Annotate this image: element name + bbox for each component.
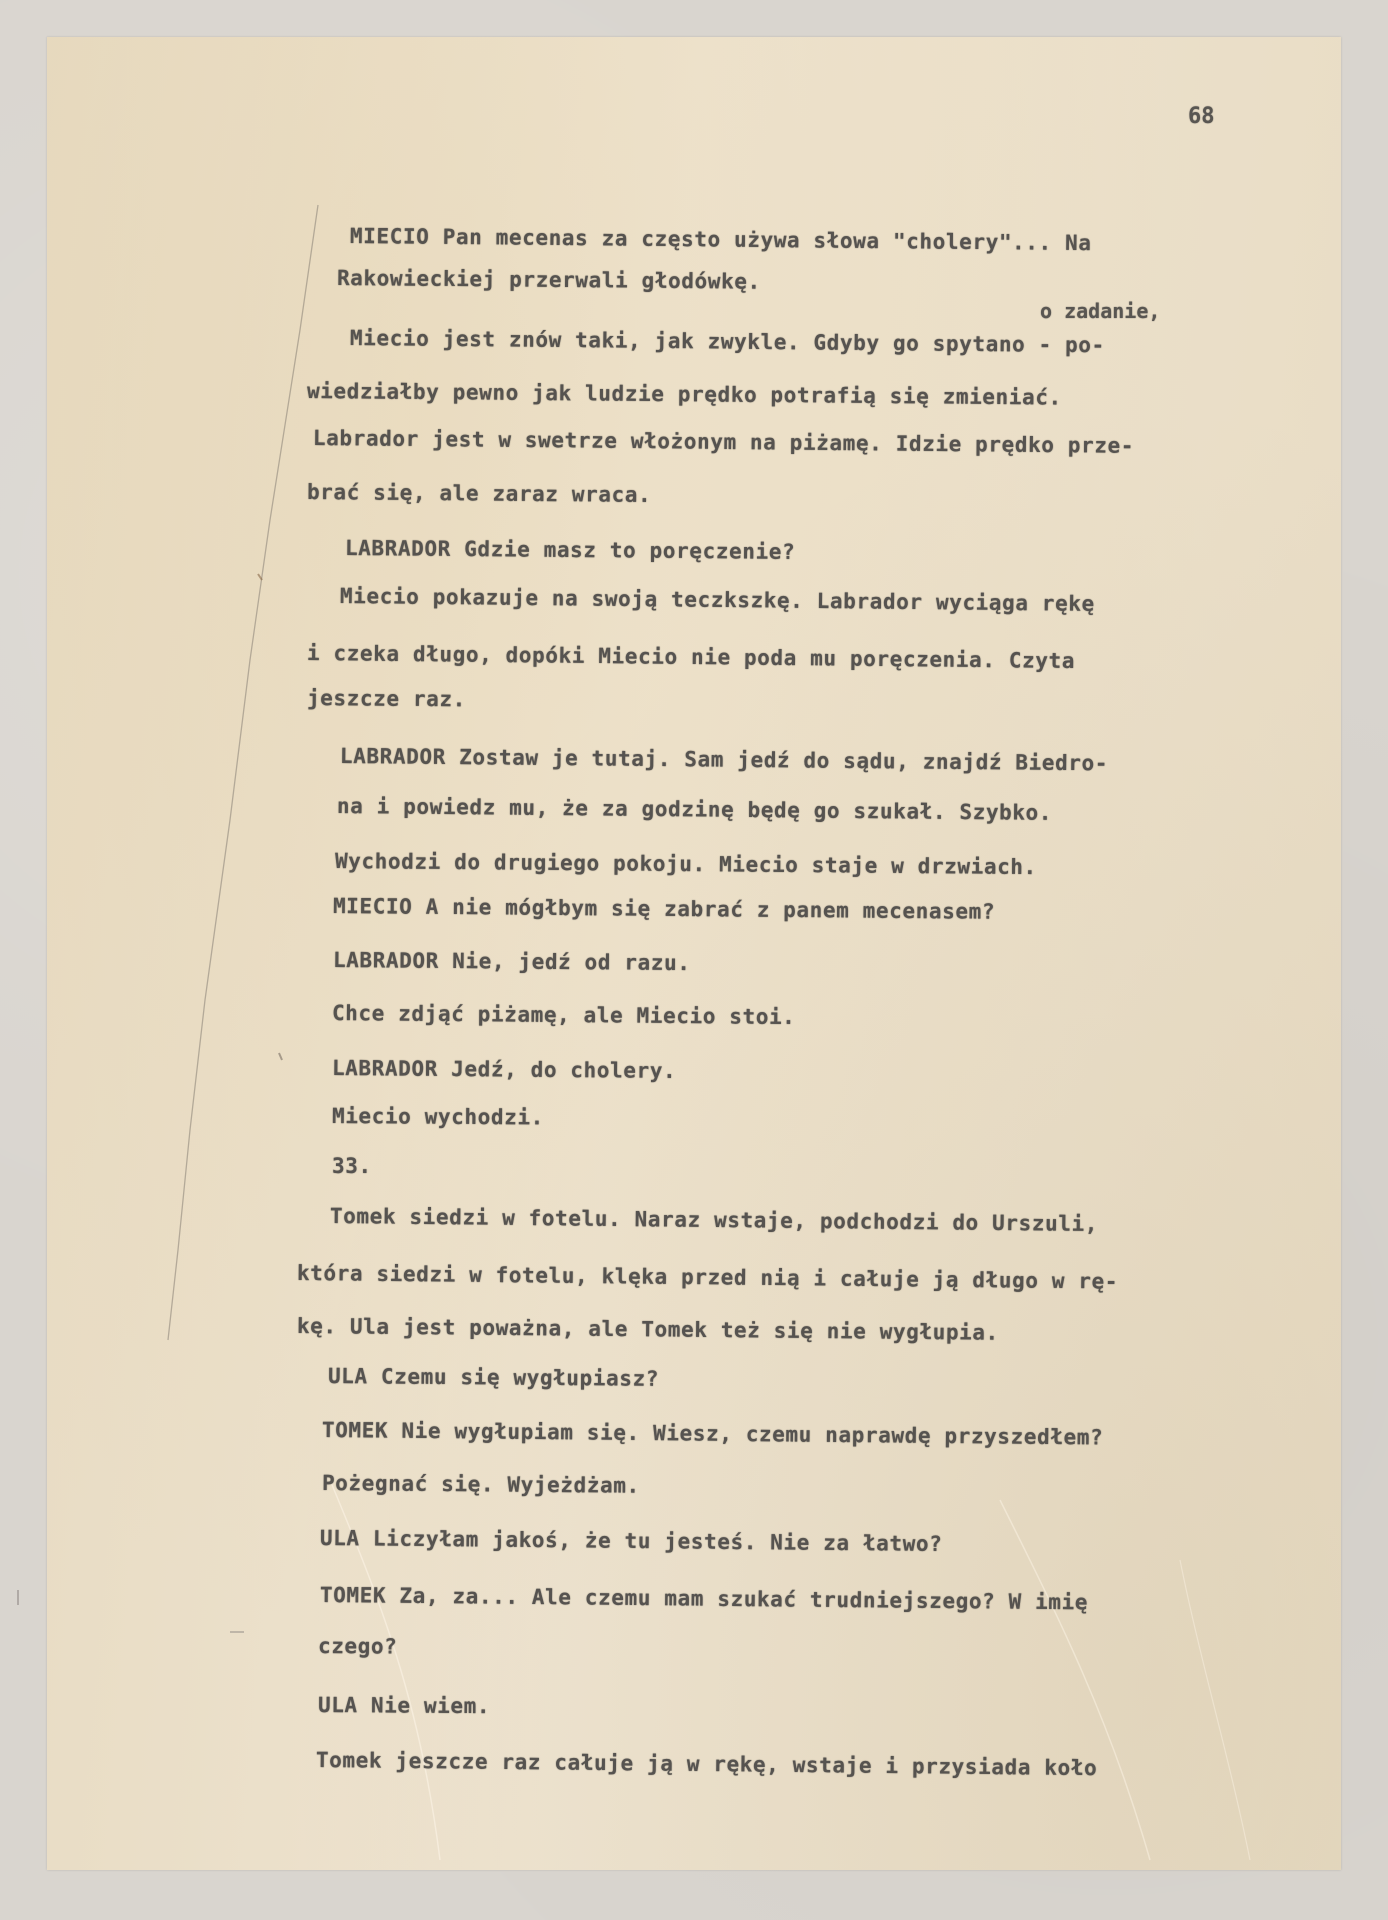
text-line: ULA Czemu się wygłupiasz? — [328, 1364, 659, 1391]
text-line: Pożegnać się. Wyjeżdżam. — [322, 1471, 640, 1498]
text-line: Chce zdjąć piżamę, ale Miecio stoi. — [332, 1001, 796, 1029]
text-line: LABRADOR Nie, jedź od razu. — [333, 948, 691, 975]
text-line: jeszcze raz. — [307, 686, 466, 711]
text-line: Rakowieckiej przerwali głodówkę. — [337, 266, 761, 294]
text-line: brać się, ale zaraz wraca. — [307, 480, 652, 507]
margin-annotation: o zadanie, — [1040, 299, 1160, 323]
text-line: ULA Nie wiem. — [318, 1693, 490, 1718]
page-number: 68 — [1188, 104, 1215, 129]
text-line: LABRADOR Jedź, do cholery. — [332, 1056, 677, 1083]
text-line: czego? — [318, 1634, 398, 1659]
text-line: Miecio wychodzi. — [332, 1104, 544, 1129]
section-number: 33. — [332, 1154, 372, 1178]
text-line: LABRADOR Gdzie masz to poręczenie? — [345, 536, 795, 564]
